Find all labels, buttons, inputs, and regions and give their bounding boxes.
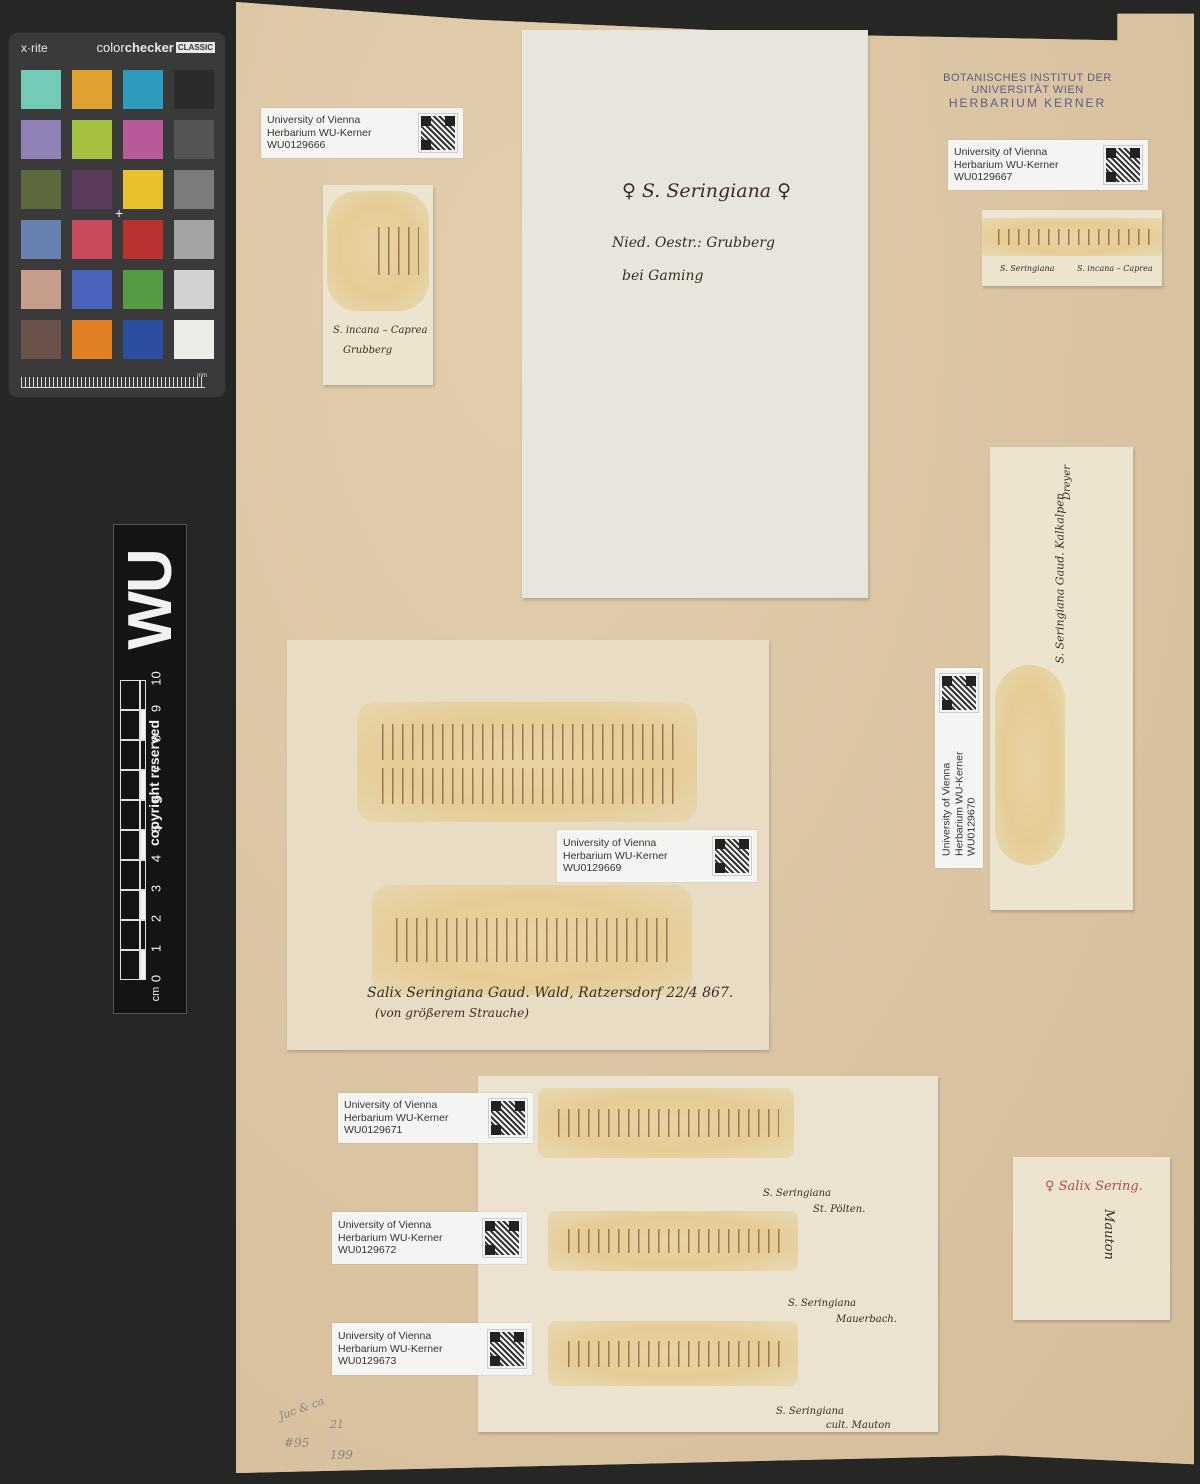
cm-bar — [140, 770, 146, 800]
cm-bar — [140, 830, 146, 860]
color-patch — [72, 320, 112, 359]
cm-bar — [140, 710, 146, 740]
specimen-label: University of ViennaHerbarium WU-KernerW… — [557, 830, 757, 882]
institution-stamp: BOTANISCHES INSTITUT DER UNIVERSITÄT WIE… — [905, 72, 1150, 110]
stamp-line-1: BOTANISCHES INSTITUT DER UNIVERSITÄT WIE… — [905, 72, 1150, 96]
folder-locality: Nied. Oestr.: Grubberg — [612, 235, 775, 251]
specimen-paper: S. Seringiana St. Pölten. S. Seringiana … — [478, 1076, 938, 1432]
cm-tick-label: 8 — [149, 731, 164, 747]
qr-code-icon — [1104, 146, 1142, 184]
specimen-label: University of ViennaHerbarium WU-KernerW… — [261, 108, 463, 158]
annotation: Mauton — [1101, 1209, 1116, 1260]
annotation: Mauerbach. — [836, 1314, 897, 1325]
color-patch — [21, 320, 61, 359]
annotation: ♀ Salix Sering. — [1045, 1179, 1143, 1194]
annotation: St. Pölten. — [813, 1204, 865, 1215]
ruler-unit: mm — [197, 373, 207, 379]
specimen-label: University of ViennaHerbarium WU-KernerW… — [332, 1212, 527, 1264]
specimen-id: WU0129672 — [338, 1244, 442, 1257]
color-patch — [72, 170, 112, 209]
color-patch — [21, 120, 61, 159]
stamp-line-2: HERBARIUM KERNER — [905, 96, 1150, 110]
specimen-label: University of ViennaHerbarium WU-KernerW… — [332, 1323, 532, 1375]
cm-tick-label: 9 — [149, 701, 164, 717]
color-patch — [174, 70, 214, 109]
specimen-id: WU0129671 — [344, 1124, 448, 1137]
cm-bar — [140, 950, 146, 980]
folder-title: ♀ S. Seringiana ♀ — [622, 180, 791, 202]
cm-tick-label: 7 — [149, 761, 164, 777]
pencil-note: 199 — [330, 1448, 353, 1462]
cm-segment — [120, 710, 140, 740]
cm-tick-label: 6 — [149, 791, 164, 807]
color-patch — [174, 320, 214, 359]
pencil-note: #95 — [284, 1436, 309, 1450]
specimen-catkin — [982, 218, 1162, 256]
color-patch — [21, 270, 61, 309]
cm-segment — [120, 770, 140, 800]
cm-segment — [120, 950, 140, 980]
color-patch — [123, 270, 163, 309]
annotation: S. Seringiana — [776, 1406, 844, 1417]
mm-ruler — [21, 377, 205, 388]
cm-tick-label: 5 — [149, 821, 164, 837]
cm-bar — [140, 920, 146, 950]
specimen-catkin — [548, 1211, 798, 1271]
color-patch — [174, 170, 214, 209]
cm-tick-label: 3 — [149, 881, 164, 897]
wu-scale-bar: WU copyright reserved 012345678910 cm — [113, 524, 187, 1014]
specimen-catkins — [372, 885, 692, 995]
cm-tick-label: 1 — [149, 941, 164, 957]
color-patch — [123, 320, 163, 359]
specimen-id: WU0129673 — [338, 1355, 442, 1368]
annotation: Salix Seringiana Gaud. Wald, Ratzersdorf… — [367, 985, 733, 1001]
annotation: S. incana – Caprea — [1077, 264, 1153, 273]
specimen-leaf — [995, 665, 1065, 865]
paper-capsule-folder: ♀ S. Seringiana ♀ Nied. Oestr.: Grubberg… — [522, 30, 868, 598]
qr-code-icon — [483, 1219, 521, 1257]
qr-code-icon — [419, 114, 457, 152]
cm-segment — [120, 830, 140, 860]
cm-segment — [120, 860, 140, 890]
color-patch — [123, 120, 163, 159]
color-patch — [72, 220, 112, 259]
crosshair-icon: + — [115, 205, 123, 221]
color-patch — [174, 120, 214, 159]
cm-bar — [140, 800, 146, 830]
specimen-id: WU0129667 — [954, 171, 1058, 184]
cm-bar — [140, 860, 146, 890]
color-patch — [21, 220, 61, 259]
qr-code-icon — [489, 1099, 527, 1137]
color-patch — [21, 170, 61, 209]
specimen-catkin — [538, 1088, 794, 1158]
cm-segment — [120, 890, 140, 920]
specimen-leaf — [327, 191, 429, 311]
qr-code-icon — [940, 674, 978, 712]
color-patch — [72, 70, 112, 109]
annotation: cult. Mauton — [826, 1420, 891, 1431]
color-patch — [72, 120, 112, 159]
cm-segment — [120, 740, 140, 770]
pencil-note: 21 — [330, 1418, 344, 1431]
specimen-catkin — [548, 1321, 798, 1386]
color-patch — [123, 220, 163, 259]
annotation: S. incana – Caprea — [333, 325, 428, 336]
cm-tick-label: 10 — [149, 671, 164, 687]
cm-bar — [140, 890, 146, 920]
specimen-label: University of ViennaHerbarium WU-KernerW… — [935, 668, 983, 868]
specimen-id: WU0129670 — [965, 751, 978, 855]
qr-code-icon — [713, 837, 751, 875]
specimen-id: WU0129666 — [267, 139, 371, 152]
cm-segment — [120, 800, 140, 830]
specimen-label: University of ViennaHerbarium WU-KernerW… — [338, 1093, 533, 1143]
annotation: Dreyer — [1062, 465, 1073, 500]
cm-tick-label: 0 — [149, 971, 164, 987]
annotation: S. Seringiana — [1000, 264, 1054, 273]
cm-segment — [120, 920, 140, 950]
specimen-paper: S. Seringiana S. incana – Caprea — [982, 210, 1162, 286]
folder-locality-2: bei Gaming — [622, 268, 703, 284]
specimen-catkins — [357, 702, 697, 822]
cm-unit: cm — [150, 986, 162, 1002]
specimen-paper: ♀ Salix Sering. Mauton — [1013, 1157, 1170, 1320]
cm-tick-label: 2 — [149, 911, 164, 927]
specimen-paper: S. Seringiana Gaud. Kalkalpen Dreyer — [990, 447, 1133, 910]
annotation: Grubberg — [343, 345, 392, 356]
cm-bar — [140, 740, 146, 770]
cm-segment — [120, 680, 140, 710]
annotation: S. Seringiana — [788, 1298, 856, 1309]
color-checker-card: x·rite colorcheckerCLASSIC + mm — [9, 33, 225, 397]
specimen-paper: S. incana – Caprea Grubberg — [323, 185, 433, 385]
color-patch — [174, 270, 214, 309]
colorchecker-title: colorcheckerCLASSIC — [97, 40, 215, 55]
cm-tick-label: 4 — [149, 851, 164, 867]
color-patch — [21, 70, 61, 109]
annotation: (von größerem Strauche) — [375, 1006, 529, 1020]
wu-logo: WU — [95, 558, 205, 642]
color-patch — [174, 220, 214, 259]
color-patch — [72, 270, 112, 309]
annotation: S. Seringiana — [763, 1188, 831, 1199]
specimen-label: University of ViennaHerbarium WU-KernerW… — [948, 140, 1148, 190]
color-patch — [123, 170, 163, 209]
qr-code-icon — [488, 1330, 526, 1368]
xrite-logo: x·rite — [21, 41, 48, 55]
specimen-id: WU0129669 — [563, 862, 667, 875]
color-patch — [123, 70, 163, 109]
cm-bar — [140, 680, 146, 710]
